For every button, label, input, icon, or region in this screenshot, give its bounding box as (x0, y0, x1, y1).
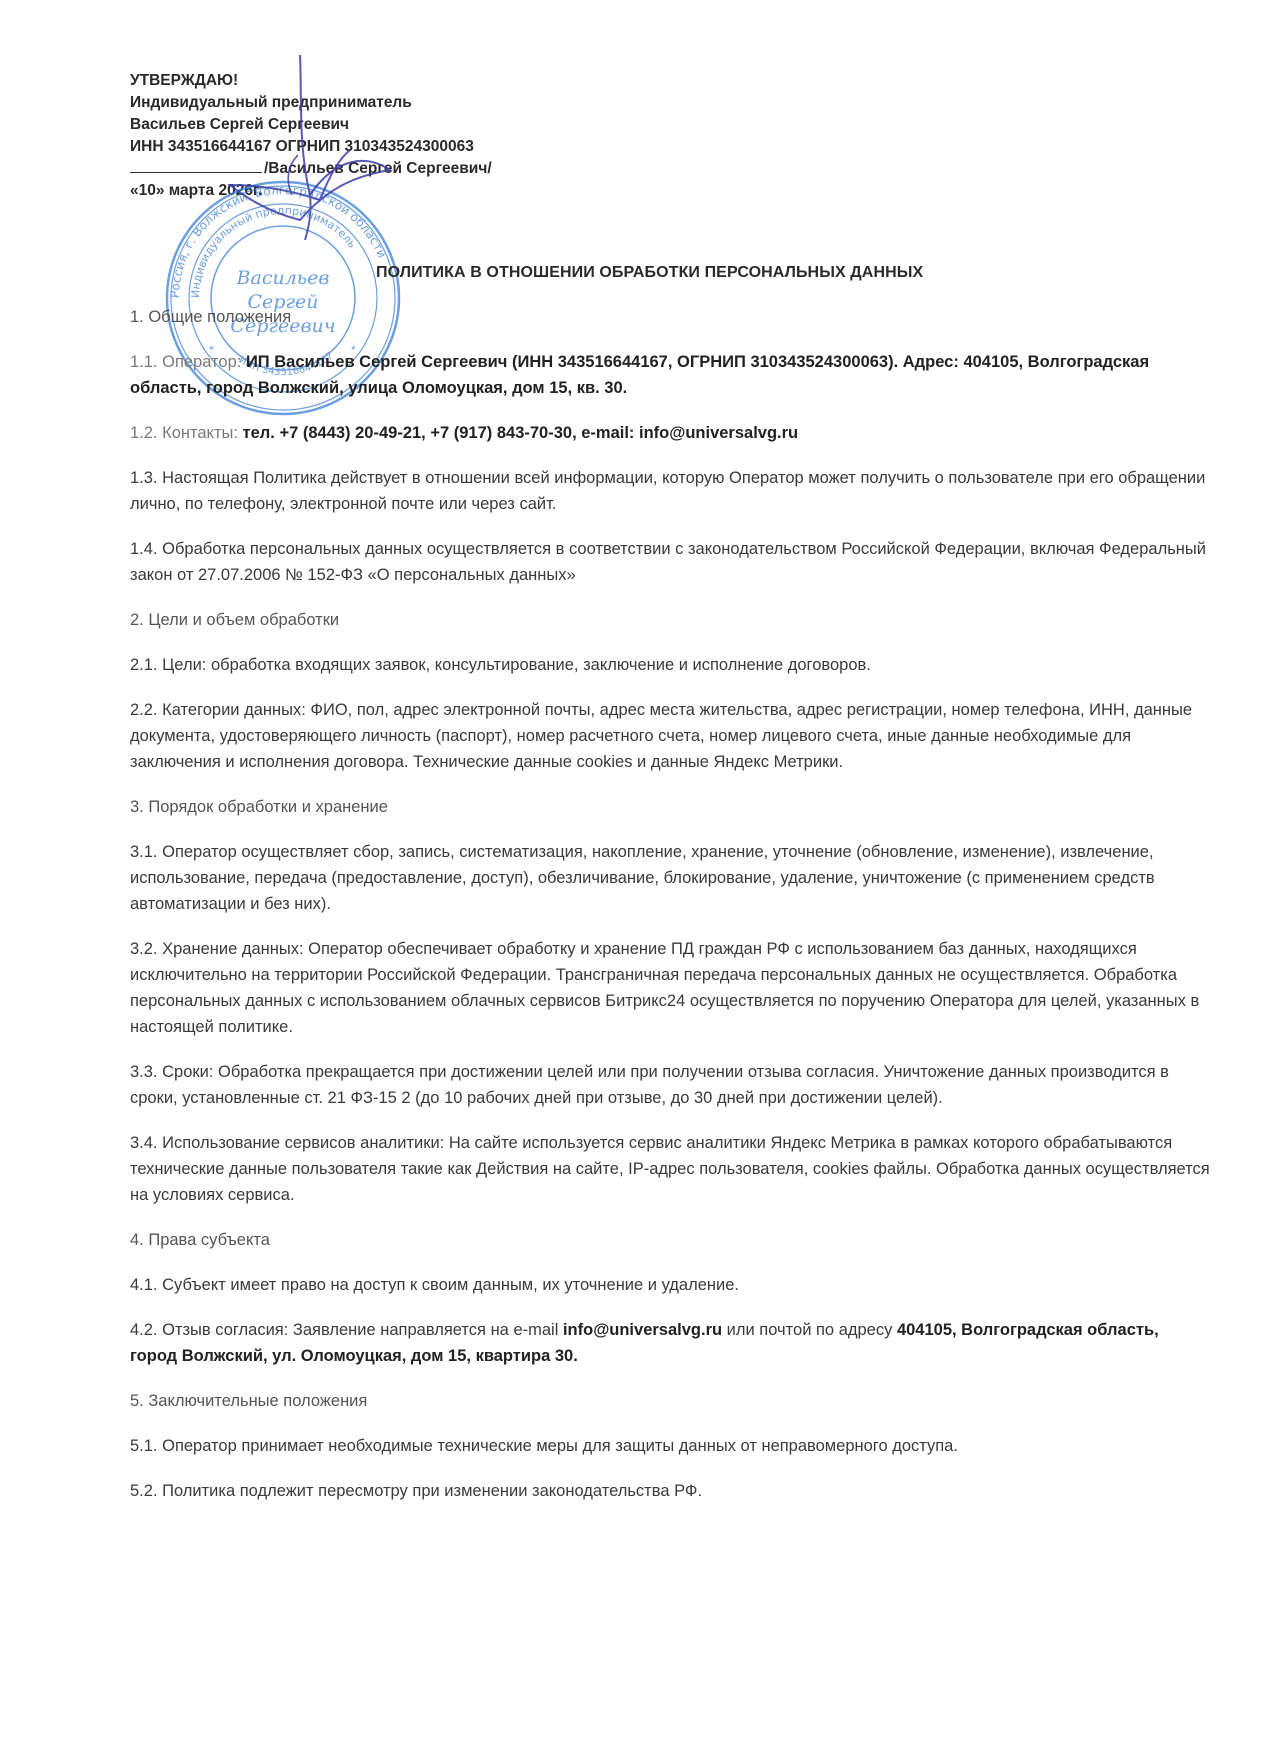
approver-name: Васильев Сергей Сергеевич (130, 114, 492, 136)
clause-4-1: 4.1. Субъект имеет право на доступ к сво… (130, 1272, 1210, 1298)
clause-3-2: 3.2. Хранение данных: Оператор обеспечив… (130, 936, 1210, 1040)
clause-4-2: 4.2. Отзыв согласия: Заявление направляе… (130, 1317, 1210, 1369)
clause-1-4: 1.4. Обработка персональных данных осуще… (130, 536, 1210, 588)
clause-3-4: 3.4. Использование сервисов аналитики: Н… (130, 1130, 1210, 1208)
section-heading-3: 3. Порядок обработки и хранение (130, 794, 1210, 820)
signature-line: /Васильев Сергей Сергеевич/ (130, 158, 492, 180)
stamp-center-line1: Васильев (236, 267, 330, 289)
clause-2-1: 2.1. Цели: обработка входящих заявок, ко… (130, 652, 1210, 678)
document-title: ПОЛИТИКА В ОТНОШЕНИИ ОБРАБОТКИ ПЕРСОНАЛЬ… (376, 264, 923, 282)
clause-2-2: 2.2. Категории данных: ФИО, пол, адрес э… (130, 697, 1210, 775)
policy-body: 1. Общие положения 1.1. Оператор: ИП Вас… (130, 304, 1210, 1523)
clause-5-2: 5.2. Политика подлежит пересмотру при из… (130, 1478, 1210, 1504)
clause-1-2: 1.2. Контакты: тел. +7 (8443) 20-49-21, … (130, 420, 1210, 446)
approval-heading: УТВЕРЖДАЮ! (130, 70, 492, 92)
approver-title: Индивидуальный предприниматель (130, 92, 492, 114)
signature-name: /Васильев Сергей Сергеевич/ (264, 160, 492, 177)
svg-text:Индивидуальный предприниматель: Индивидуальный предприниматель (189, 204, 359, 298)
stamp-inner-text: Индивидуальный предприниматель (189, 204, 359, 298)
approver-ids: ИНН 343516644167 ОГРНИП 310343524300063 (130, 136, 492, 158)
approval-block: УТВЕРЖДАЮ! Индивидуальный предпринимател… (130, 70, 492, 202)
contact-email: info@universalvg.ru (563, 1321, 722, 1339)
clause-3-1: 3.1. Оператор осуществляет сбор, запись,… (130, 839, 1210, 917)
clause-1-3: 1.3. Настоящая Политика действует в отно… (130, 465, 1210, 517)
approval-date: «10» марта 2026г. (130, 180, 492, 202)
section-heading-2: 2. Цели и объем обработки (130, 607, 1210, 633)
section-heading-5: 5. Заключительные положения (130, 1388, 1210, 1414)
signature-underline (130, 158, 262, 173)
section-heading-1: 1. Общие положения (130, 304, 1210, 330)
clause-1-1: 1.1. Оператор: ИП Васильев Сергей Сергее… (130, 349, 1210, 401)
clause-3-3: 3.3. Сроки: Обработка прекращается при д… (130, 1059, 1210, 1111)
section-heading-4: 4. Права субъекта (130, 1227, 1210, 1253)
clause-5-1: 5.1. Оператор принимает необходимые техн… (130, 1433, 1210, 1459)
